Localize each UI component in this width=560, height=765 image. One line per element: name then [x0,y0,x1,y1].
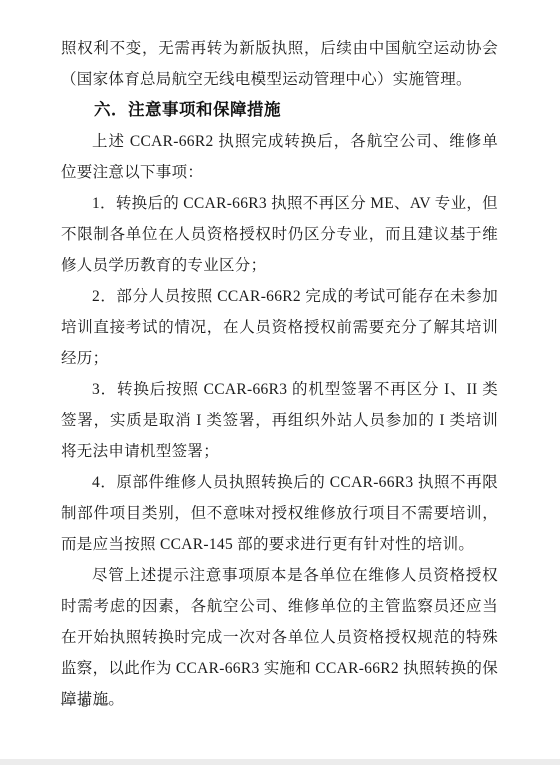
scanned-document-page: 照权利不变，无需再转为新版执照，后续由中国航空运动协会（国家体育总局航空无线电模… [0,0,560,765]
paragraph-continuation: 照权利不变，无需再转为新版执照，后续由中国航空运动协会（国家体育总局航空无线电模… [61,33,498,95]
scan-bottom-edge [0,759,560,765]
list-item-4: 4．原部件维修人员执照转换后的 CCAR-66R3 执照不再限制部件项目类别，但… [61,467,498,560]
section-heading: 六．注意事项和保障措施 [61,95,498,126]
paragraph-closing: 尽管上述提示注意事项原本是各单位在维修人员资格授权时需考虑的因素，各航空公司、维… [61,560,498,715]
page-footer: — 8 — [61,695,110,712]
paragraph-intro: 上述 CCAR-66R2 执照完成转换后，各航空公司、维修单位要注意以下事项： [61,126,498,188]
list-item-1: 1．转换后的 CCAR-66R3 执照不再区分 ME、AV 专业，但不限制各单位… [61,188,498,281]
document-body: 照权利不变，无需再转为新版执照，后续由中国航空运动协会（国家体育总局航空无线电模… [61,33,498,715]
list-item-2: 2．部分人员按照 CCAR-66R2 完成的考试可能存在未参加培训直接考试的情况… [61,281,498,374]
page-number: — 8 — [61,695,110,711]
list-item-3: 3．转换后按照 CCAR-66R3 的机型签署不再区分 I、II 类签署，实质是… [61,374,498,467]
